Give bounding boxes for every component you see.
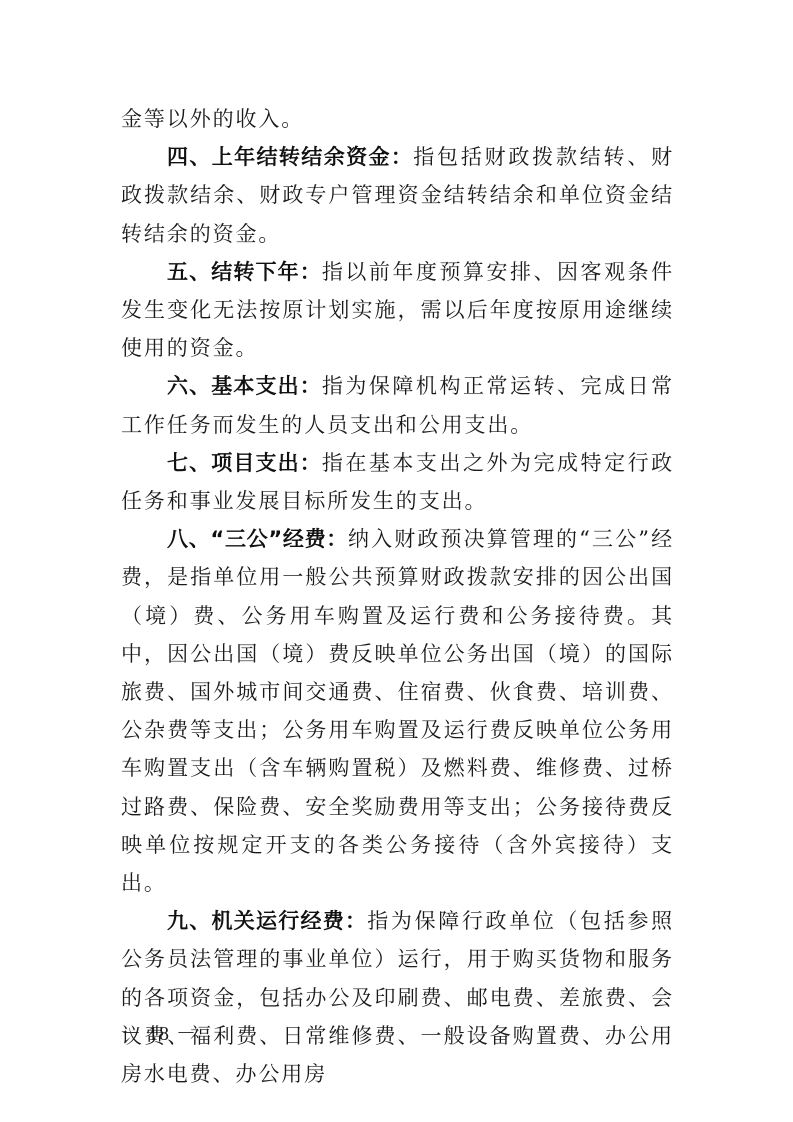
paragraph-income-tail: 金等以外的收入。	[121, 100, 674, 138]
term-heading: 八、“三公”经费：	[167, 527, 348, 551]
paragraph-text: 金等以外的收入。	[121, 107, 304, 131]
paragraph-item-8: 八、“三公”经费：纳入财政预决算管理的“三公”经费，是指单位用一般公共预算财政拨…	[121, 520, 674, 902]
term-heading: 四、上年结转结余资金：	[167, 145, 413, 169]
paragraph-item-4: 四、上年结转结余资金：指包括财政拨款结转、财政拨款结余、财政专户管理资金结转结余…	[121, 138, 674, 253]
paragraph-item-5: 五、结转下年：指以前年度预算安排、因客观条件发生变化无法按原计划实施，需以后年度…	[121, 253, 674, 368]
term-heading: 六、基本支出：	[167, 374, 322, 398]
page-number: － 18 －	[121, 1017, 197, 1046]
term-heading: 九、机关运行经费：	[167, 909, 367, 933]
document-page: 金等以外的收入。 四、上年结转结余资金：指包括财政拨款结转、财政拨款结余、财政专…	[121, 100, 674, 1093]
paragraph-text: 纳入财政预决算管理的“三公”经费，是指单位用一般公共预算财政拨款安排的因公出国（…	[121, 527, 674, 895]
paragraph-item-9: 九、机关运行经费：指为保障行政单位（包括参照公务员法管理的事业单位）运行，用于购…	[121, 902, 674, 1093]
term-heading: 七、项目支出：	[167, 451, 322, 475]
paragraph-item-6: 六、基本支出：指为保障机构正常运转、完成日常工作任务而发生的人员支出和公用支出。	[121, 367, 674, 443]
paragraph-item-7: 七、项目支出：指在基本支出之外为完成特定行政任务和事业发展目标所发生的支出。	[121, 444, 674, 520]
term-heading: 五、结转下年：	[167, 260, 322, 284]
paragraph-text: 指为保障行政单位（包括参照公务员法管理的事业单位）运行，用于购买货物和服务的各项…	[121, 909, 674, 1086]
